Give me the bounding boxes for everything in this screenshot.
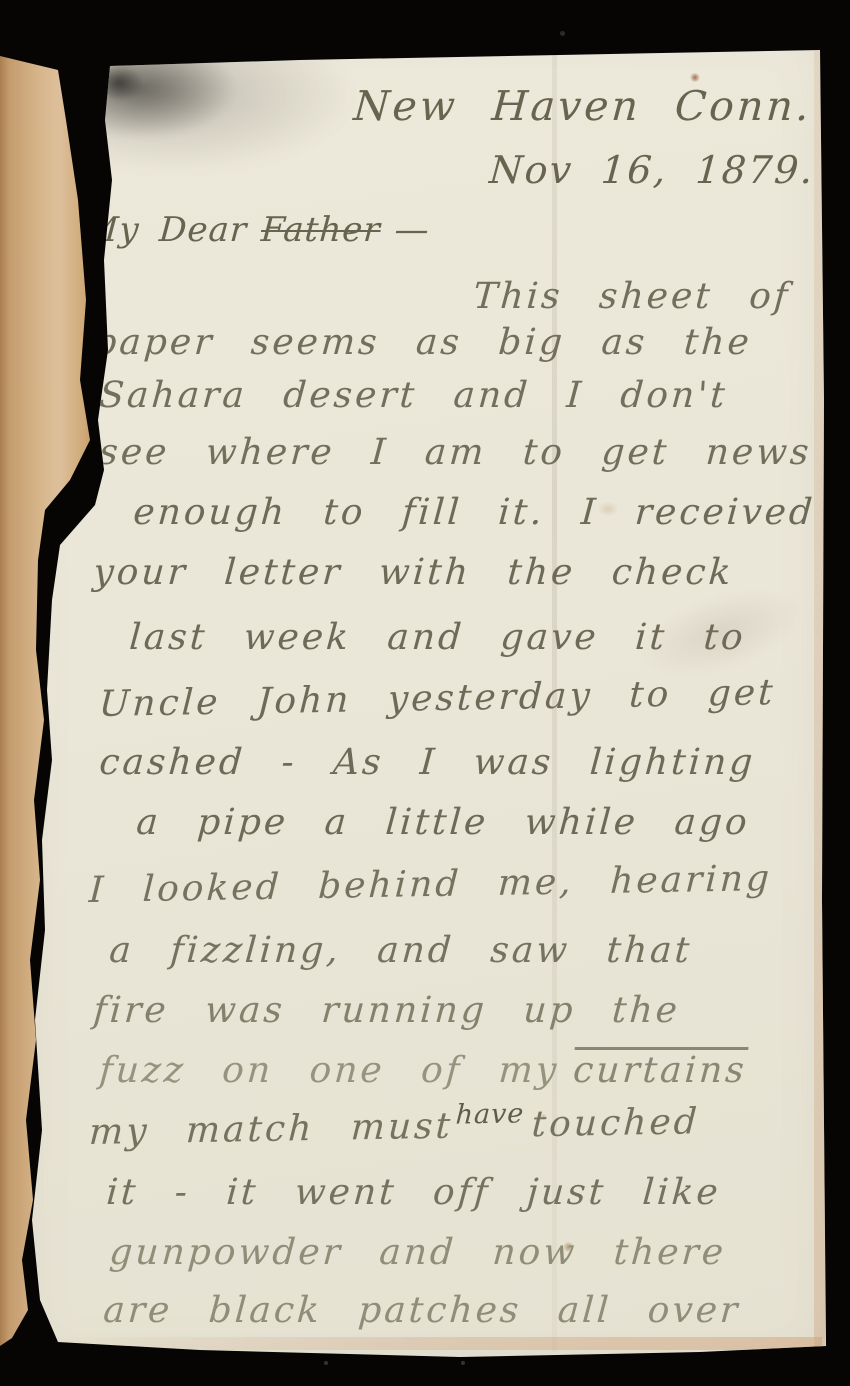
letter-line: last week and gave it to [128, 617, 747, 658]
letter-line: are black patches all over [102, 1290, 742, 1331]
letter-page: New Haven Conn. Nov 16, 1879. My DearFat… [0, 0, 850, 1386]
letter-line: your letter with the check [92, 552, 735, 593]
letter-line: it - it went off just like [105, 1172, 722, 1213]
letter-line: gunpowder and now there [108, 1232, 728, 1273]
insertion-line-before: my match must [88, 1106, 454, 1153]
letter-line: cashed - As I was lighting [98, 742, 757, 783]
corner-smudge-core [96, 66, 142, 100]
letter-line-curtains: fuzz on one of mycurtains [98, 1050, 748, 1091]
dust-speck [560, 31, 565, 36]
curtains-line-text: fuzz on one of my [98, 1050, 561, 1091]
letter-line: This sheet of [472, 276, 792, 317]
letter-line: a pipe a little while ago [135, 802, 751, 843]
salutation-text: My Dear [82, 210, 249, 250]
dust-speck [324, 1361, 328, 1365]
dust-speck [461, 1361, 465, 1365]
letter-line: fire was running up the [92, 990, 681, 1031]
letter-line: a fizzling, and saw that [108, 930, 694, 971]
bottom-edge-highlight [40, 1337, 822, 1350]
date-line: Nov 16, 1879. [488, 148, 816, 192]
letter-line: see where I am to get news [98, 432, 813, 473]
inserted-word: have [455, 1098, 525, 1130]
salutation-name: Father [260, 210, 382, 250]
rust-spot [690, 73, 700, 82]
place-line: New Haven Conn. [352, 82, 814, 130]
corner-smudge-halo [96, 52, 356, 172]
salutation-line: My DearFather— [82, 210, 431, 250]
corner-smudge [84, 56, 234, 138]
curtains-word: curtains [572, 1050, 749, 1091]
letter-line: Sahara desert and I don't [98, 375, 729, 416]
letter-line: Uncle John yesterday to get [98, 672, 777, 725]
letter-line-insertion: my match musthavetouched [88, 1101, 701, 1153]
letter-line: paper seems as big as the [92, 322, 753, 363]
right-edge-highlight [814, 50, 825, 1350]
insertion-line-after: touched [531, 1101, 701, 1145]
salutation-dash: — [393, 210, 431, 250]
letter-line: I looked behind me, hearing [88, 858, 773, 911]
letter-line: enough to fill it. I received [132, 492, 817, 533]
